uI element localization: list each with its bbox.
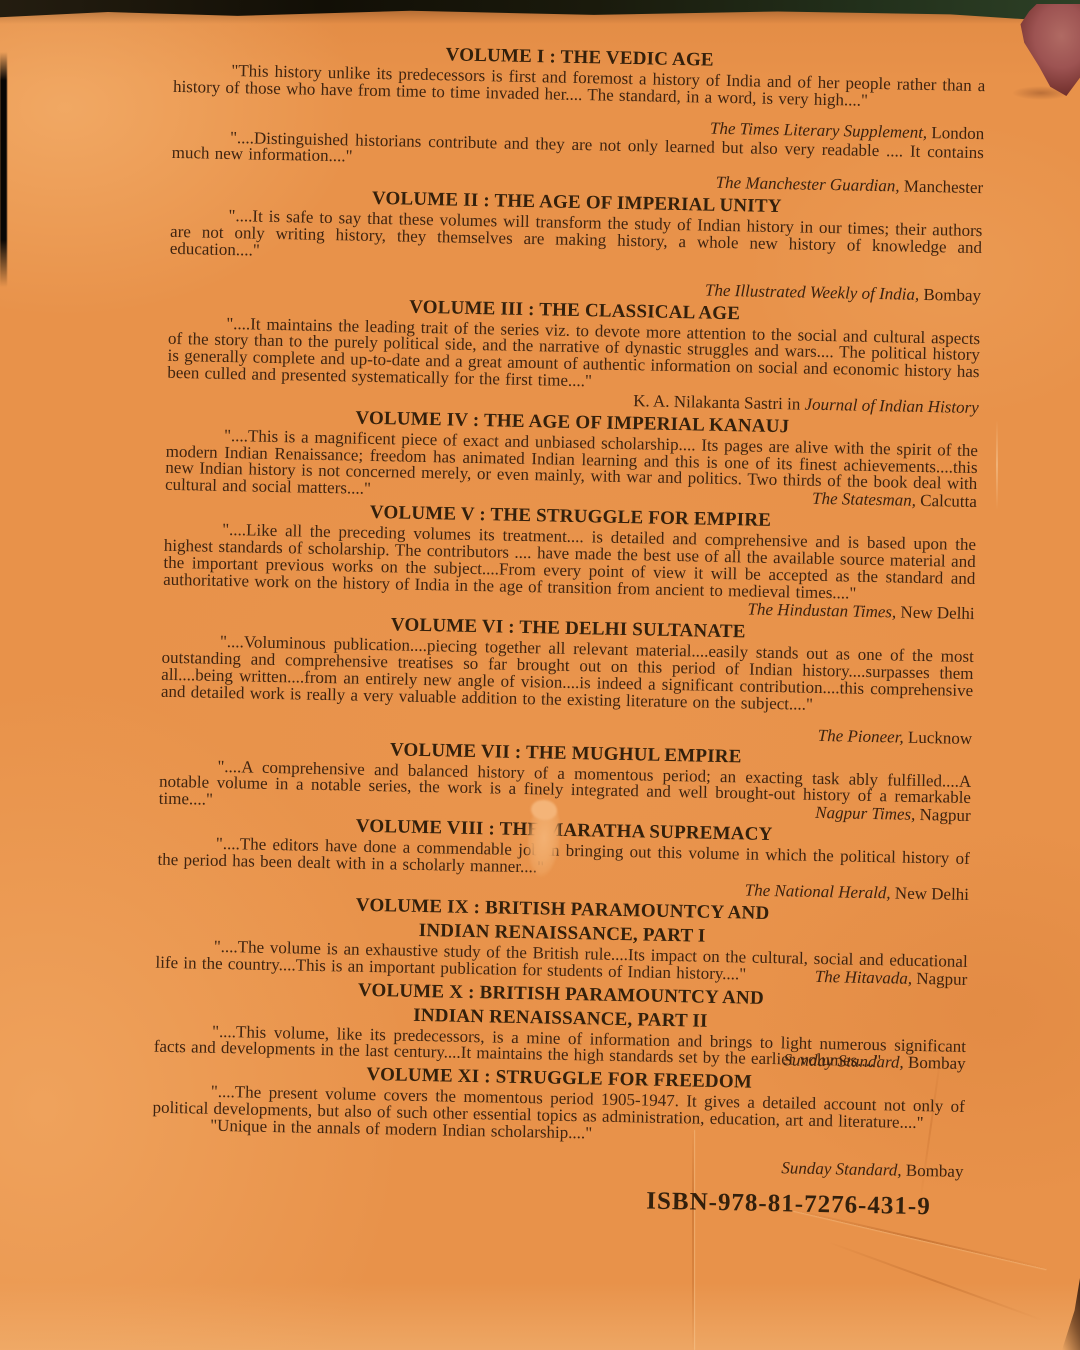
- left-spine-edge: [0, 52, 7, 287]
- volume-11-attribution: Sunday Standard, Bombay: [151, 1146, 963, 1179]
- volume-7-section: VOLUME VII : THE MUGHUL EMPIRE"....A com…: [159, 734, 972, 824]
- publication-place: Bombay: [901, 1160, 963, 1180]
- volume-5-section: VOLUME V : THE STRUGGLE FOR EMPIRE"....L…: [163, 498, 977, 622]
- isbn-text: ISBN-978-81-7276-431-9: [151, 1177, 931, 1221]
- volume-9-section: VOLUME IX : BRITISH PARAMOUNTCY ANDINDIA…: [155, 890, 968, 987]
- volume-1-section: VOLUME I : THE VEDIC AGE"This history un…: [171, 39, 986, 196]
- publication-name: Journal of Indian History: [804, 394, 979, 416]
- publication-name: Sunday Standard,: [781, 1158, 902, 1179]
- reviews-content: VOLUME I : THE VEDIC AGE"This history un…: [151, 36, 986, 1222]
- paper-crease: [996, 420, 998, 510]
- publication-name: The Statesman,: [812, 489, 916, 510]
- volume-4-section: VOLUME IV : THE AGE OF IMPERIAL KANAUJ".…: [165, 404, 979, 511]
- paper-crease: [827, 1241, 1044, 1322]
- book-back-cover: VOLUME I : THE VEDIC AGE"This history un…: [0, 0, 1080, 1350]
- volume-2-section: VOLUME II : THE AGE OF IMPERIAL UNITY"..…: [169, 184, 983, 304]
- publication-name: The Hindustan Times,: [747, 600, 896, 622]
- publication-place: Bombay: [904, 1053, 966, 1073]
- publication-place: Nagpur: [912, 968, 968, 988]
- volume-3-section: VOLUME III : THE CLASSICAL AGE"....It ma…: [167, 291, 981, 415]
- publication-name: Sunday Standard,: [783, 1051, 904, 1072]
- volume-8-section: VOLUME VIII : THE MARATHA SUPREMACY"....…: [157, 812, 970, 903]
- publication-name: Nagpur Times,: [815, 803, 916, 824]
- publication-place: Nagpur: [915, 805, 971, 825]
- torn-paper-scrap: [1018, 4, 1080, 96]
- bottom-right-corner-wear: [1062, 1278, 1080, 1350]
- publication-place: London: [927, 123, 985, 143]
- publication-place: Manchester: [899, 177, 983, 198]
- publication-name: The Hitavada,: [815, 966, 913, 987]
- volume-10-section: VOLUME X : BRITISH PARAMOUNTCY ANDINDIAN…: [154, 975, 967, 1072]
- publication-name: The National Herald,: [745, 880, 891, 902]
- publication-place: Bombay: [919, 284, 981, 304]
- volume-6-quote: "....Voluminous publication....piecing t…: [161, 633, 974, 716]
- publication-name: The Illustrated Weekly of India,: [705, 280, 920, 303]
- volume-6-section: VOLUME VI : THE DELHI SULTANATE"....Volu…: [160, 610, 974, 746]
- publication-place: New Delhi: [890, 883, 969, 904]
- publication-place: Lucknow: [904, 727, 973, 747]
- volume-11-section: VOLUME XI : STRUGGLE FOR FREEDOM"....The…: [151, 1060, 965, 1180]
- publication-name: The Manchester Guardian,: [715, 173, 899, 196]
- publication-place: Calcutta: [916, 491, 977, 511]
- attribution-prefix: K. A. Nilakanta Sastri in: [633, 391, 805, 413]
- publication-place: New Delhi: [896, 603, 975, 624]
- publication-name: The Pioneer,: [818, 725, 904, 746]
